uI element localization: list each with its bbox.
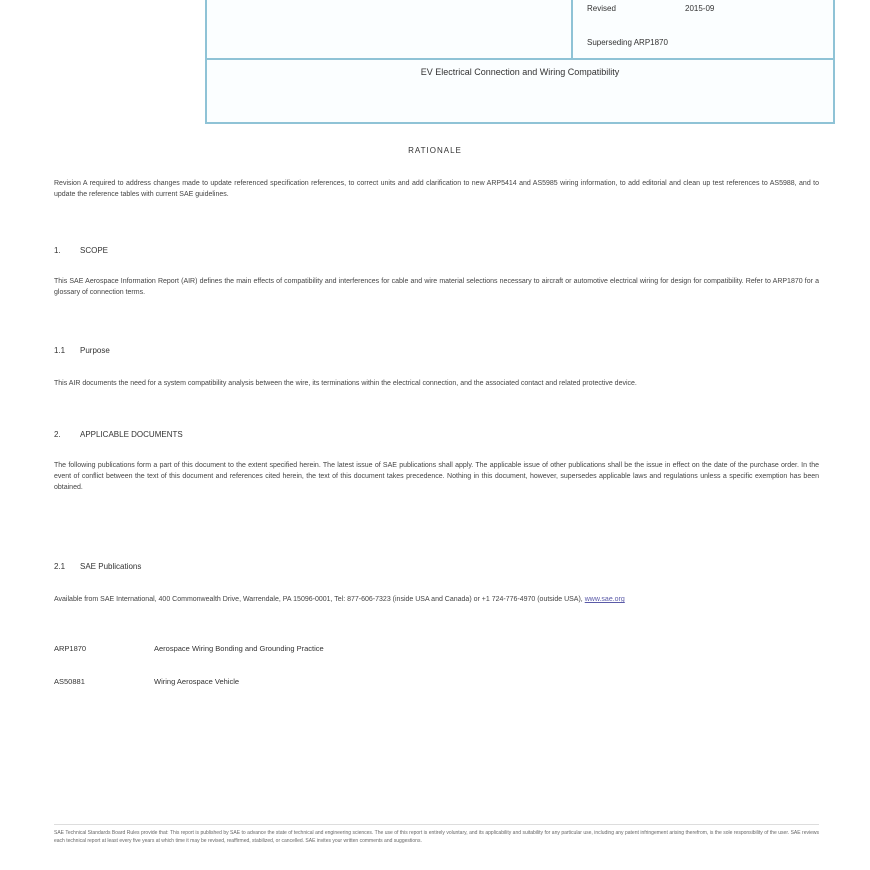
section-sae-text: Available from SAE International, 400 Co… bbox=[54, 594, 819, 605]
section-sae-heading: 2.1SAE Publications bbox=[54, 562, 141, 571]
sae-website-link[interactable]: www.sae.org bbox=[585, 596, 625, 603]
rationale-heading: RATIONALE bbox=[0, 146, 870, 155]
section-purpose-heading: 1.1Purpose bbox=[54, 346, 110, 355]
reference-item: AS50881Wiring Aerospace Vehicle bbox=[54, 677, 239, 686]
rationale-text: Revision A required to address changes m… bbox=[54, 178, 819, 200]
section-purpose-text: This AIR documents the need for a system… bbox=[54, 378, 819, 389]
footer-notice: SAE Technical Standards Board Rules prov… bbox=[54, 824, 819, 845]
section-applicable-heading: 2.APPLICABLE DOCUMENTS bbox=[54, 430, 183, 439]
header-top-row: Revised 2015-09 Superseding ARP1870 bbox=[207, 0, 833, 60]
section-scope-heading: 1.SCOPE bbox=[54, 246, 108, 255]
document-header-box: Revised 2015-09 Superseding ARP1870 EV E… bbox=[205, 0, 835, 124]
section-applicable-text: The following publications form a part o… bbox=[54, 460, 819, 493]
superseding-label: Superseding ARP1870 bbox=[587, 38, 668, 47]
header-info-cell: Revised 2015-09 Superseding ARP1870 bbox=[571, 0, 835, 58]
document-title: EV Electrical Connection and Wiring Comp… bbox=[207, 66, 833, 78]
revised-label: Revised bbox=[587, 4, 616, 13]
section-scope-text: This SAE Aerospace Information Report (A… bbox=[54, 276, 819, 298]
reference-item: ARP1870Aerospace Wiring Bonding and Grou… bbox=[54, 644, 324, 653]
revised-value: 2015-09 bbox=[685, 4, 714, 13]
